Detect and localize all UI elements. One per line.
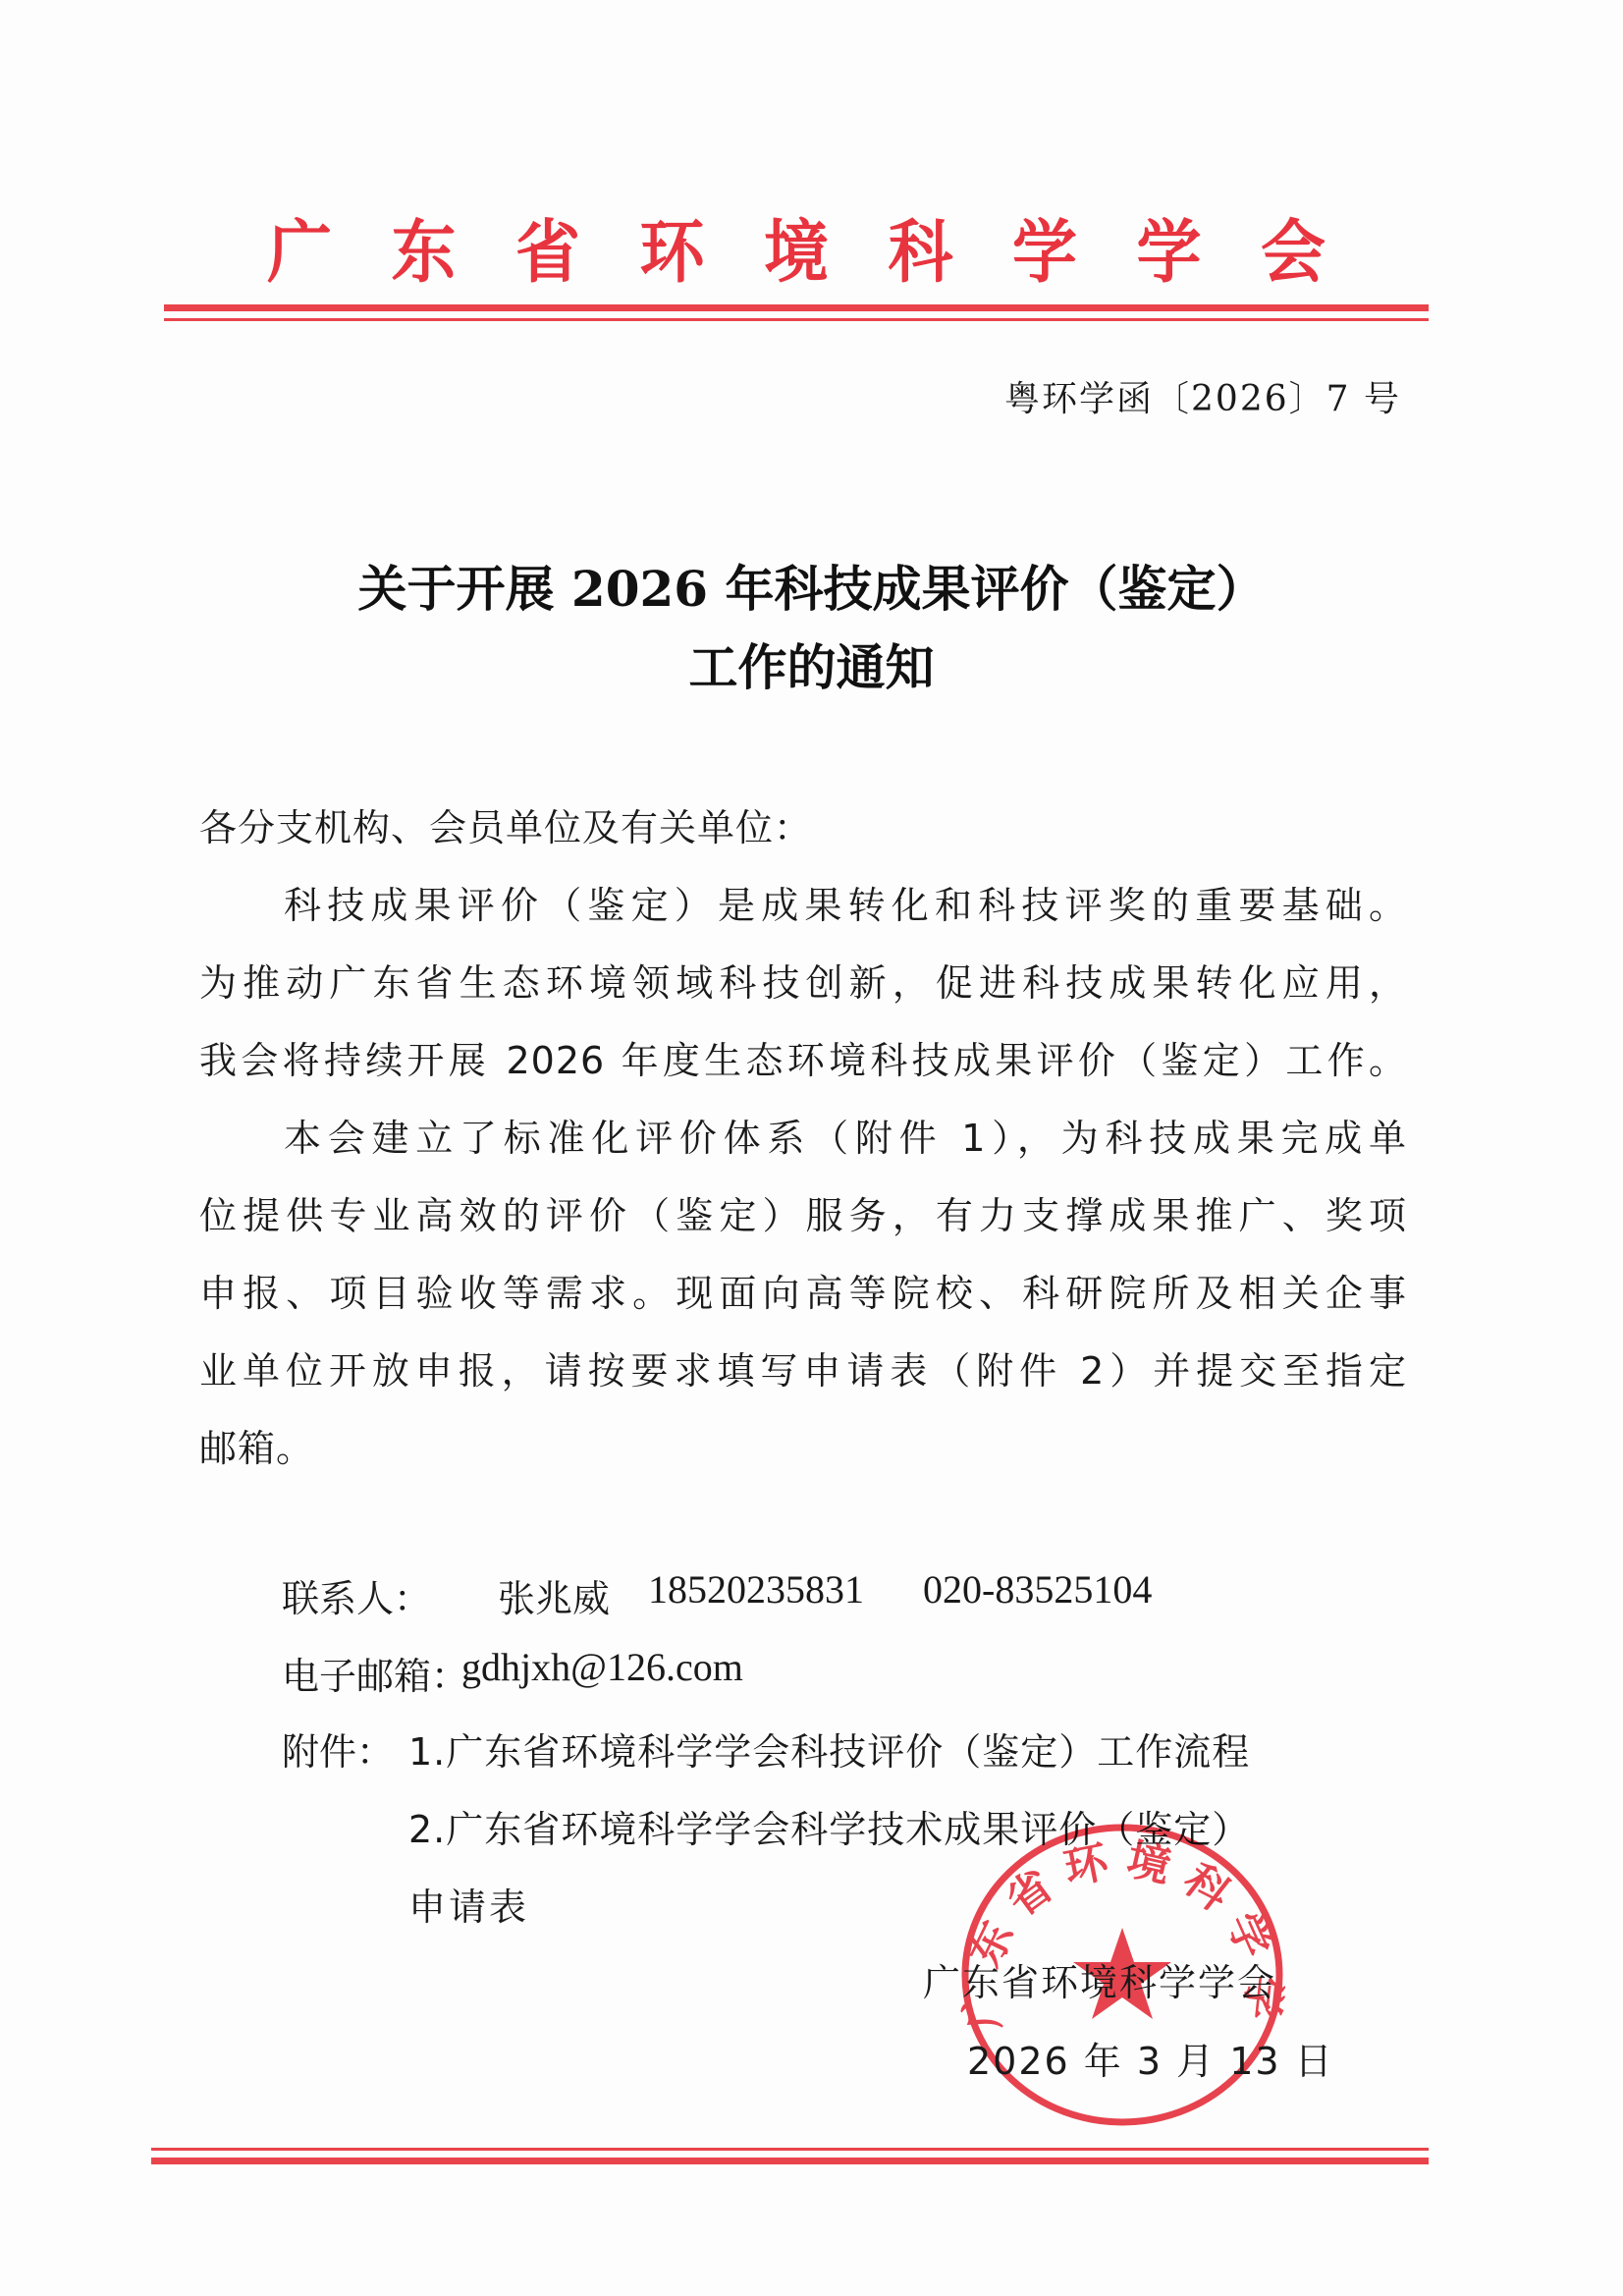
email-address[interactable]: gdhjxh@126.com [461,1644,743,1690]
paragraph1-line: 为推动广东省生态环境领域科技创新，促进科技成果转化应用， [199,953,1407,1011]
email-label: 电子邮箱： [282,1646,468,1700]
paragraph2-line: 位提供专业高效的评价（鉴定）服务，有力支撑成果推广、奖项 [199,1185,1407,1244]
letterhead-org-name: 广 东 省 环 境 科 学 学 会 [164,201,1429,290]
document-number: 粤环学函〔2026〕7 号 [1004,371,1401,421]
salutation: 各分支机构、会员单位及有关单位： [199,797,1407,856]
paragraph2-line: 本会建立了标准化评价体系（附件 1），为科技成果完成单 [284,1108,1407,1167]
attachment-item-2-cont: 申请表 [408,1877,529,1931]
paragraph2-line: 业单位开放申报，请按要求填写申请表（附件 2）并提交至指定 [199,1340,1407,1399]
letterhead-char: 会 [1261,196,1325,295]
footer-divider-thick [151,2158,1429,2164]
paragraph2-line: 邮箱。 [199,1418,1407,1477]
contact-mobile: 18520235831 [648,1566,864,1613]
letterhead-char: 学 [1137,196,1202,295]
document-page: 广 东 省 环 境 科 学 学 会 粤环学函〔2026〕7 号 关于开展 202… [0,0,1623,2296]
document-title-line2: 工作的通知 [0,629,1623,699]
attachment-item-2: 2.广东省环境科学学会科学技术成果评价（鉴定） [408,1799,1250,1853]
letterhead-char: 环 [640,196,705,295]
contact-label: 联系人： [282,1568,431,1622]
paragraph1-line: 我会将持续开展 2026 年度生态环境科技成果评价（鉴定）工作。 [199,1030,1407,1089]
signature-date: 2026 年 3 月 13 日 [967,2031,1334,2085]
letterhead-char: 广 [267,196,332,295]
letterhead-char: 境 [764,196,829,295]
contact-name: 张兆威 [498,1568,610,1622]
contact-phone: 020-83525104 [923,1566,1152,1613]
signature-org: 广东省环境科学学会 [923,1952,1276,2006]
letterhead-char: 学 [1012,196,1077,295]
letterhead-char: 东 [392,196,457,295]
paragraph2-line: 申报、项目验收等需求。现面向高等院校、科研院所及相关企事 [199,1263,1407,1322]
attachment-item-1: 1.广东省环境科学学会科技评价（鉴定）工作流程 [408,1722,1250,1776]
paragraph1-line: 科技成果评价（鉴定）是成果转化和科技评奖的重要基础。 [284,875,1407,934]
letterhead-divider-thick [164,304,1429,311]
document-title-line1: 关于开展 2026 年科技成果评价（鉴定） [0,550,1623,621]
letterhead-char: 省 [515,196,580,295]
letterhead-divider-thin [164,318,1429,321]
attachments-label: 附件： [282,1722,394,1776]
footer-divider-thin [151,2148,1429,2151]
letterhead-char: 科 [889,196,953,295]
